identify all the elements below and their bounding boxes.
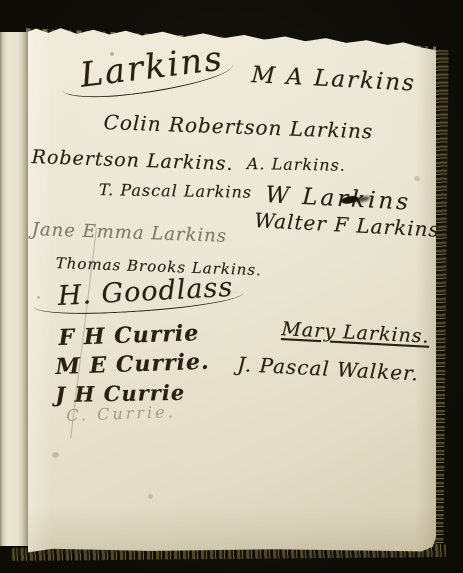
signature-13: M E Currie. (55, 349, 210, 380)
foxing-spot-2 (148, 494, 153, 499)
signature-12: F H Currie (58, 320, 200, 351)
facing-page-gutter (0, 32, 30, 546)
signature-5: A. Larkins. (247, 154, 346, 175)
foxing-spot-4 (414, 176, 420, 181)
foxing-spot-1 (52, 452, 59, 458)
foxing-spot-5 (37, 296, 40, 299)
signature-6: T. Pascal Larkins (99, 180, 252, 202)
photo-stage: LarkinsM A LarkinsColin Robertson Larkin… (0, 0, 463, 573)
signature-15: C. Currie. (66, 402, 176, 425)
